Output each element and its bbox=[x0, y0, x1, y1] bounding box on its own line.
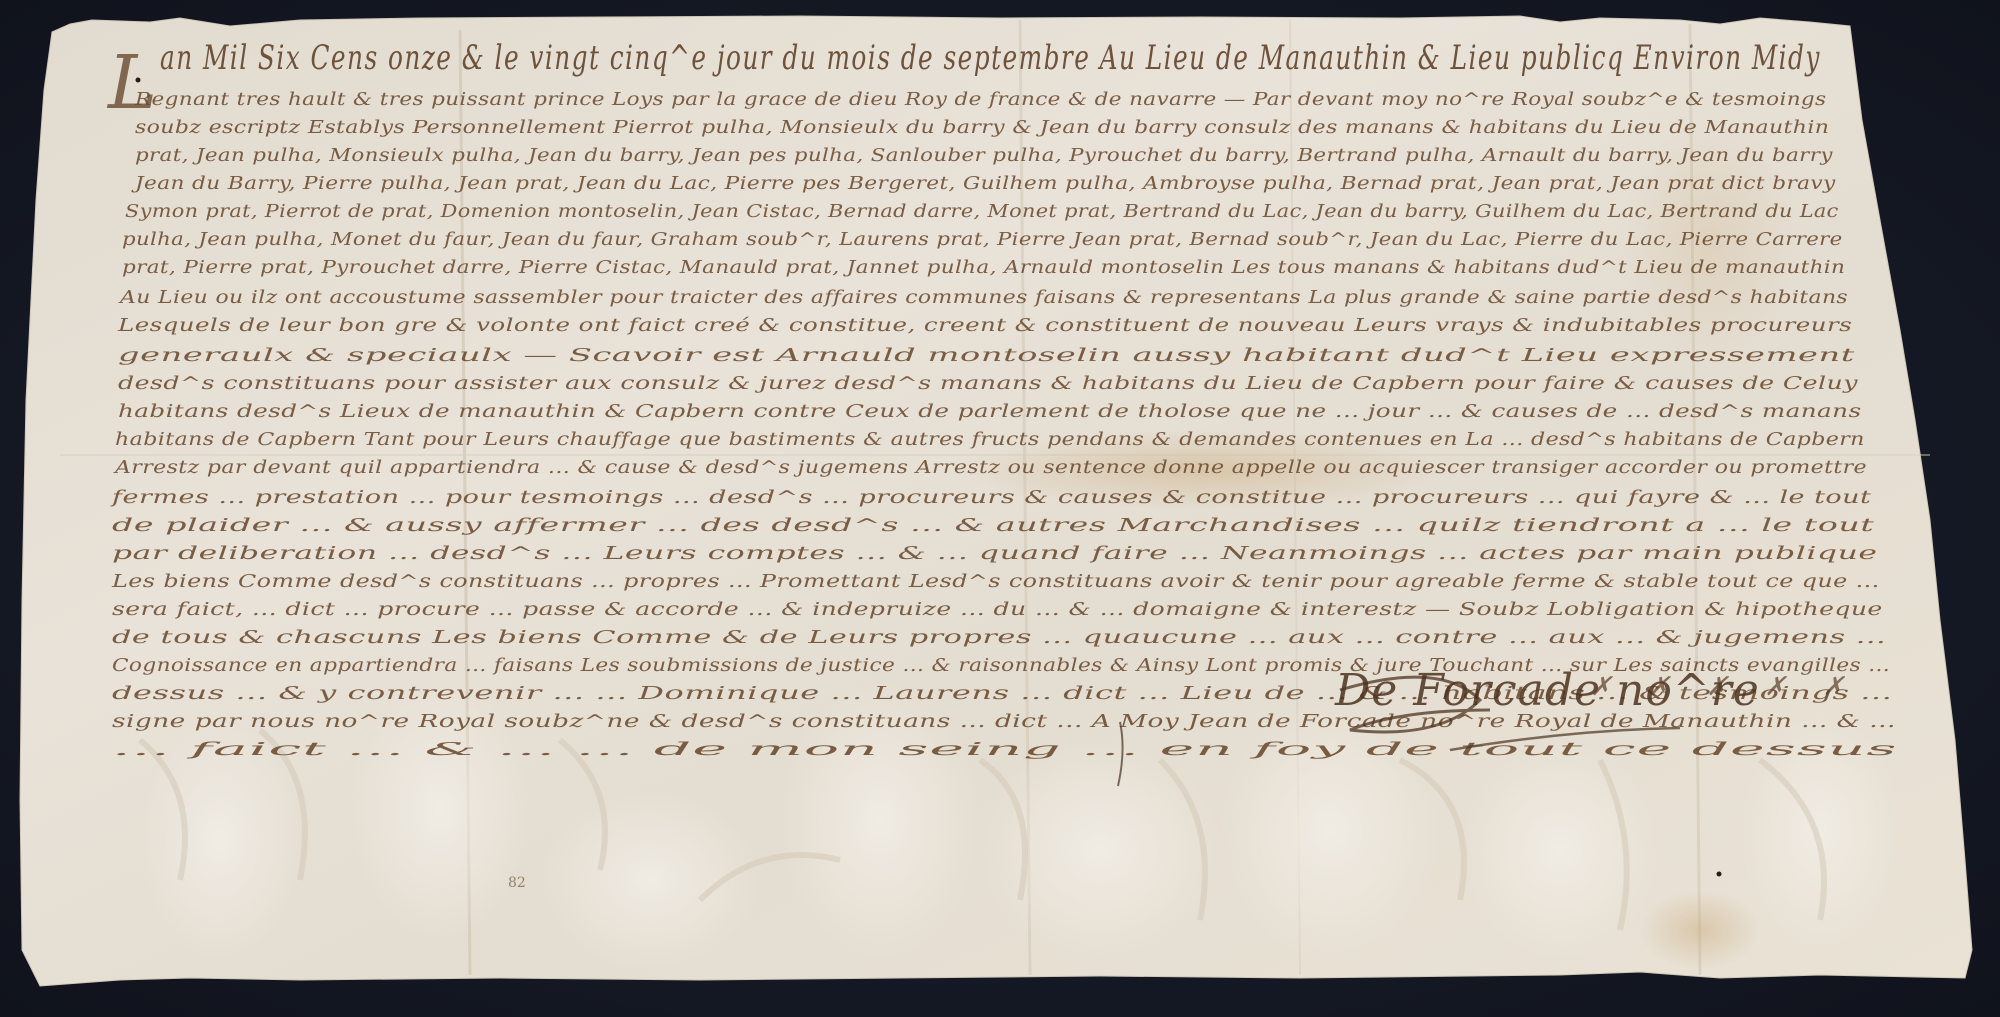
parchment-shape bbox=[0, 0, 2000, 1017]
parchment-sheet bbox=[0, 0, 2000, 1017]
